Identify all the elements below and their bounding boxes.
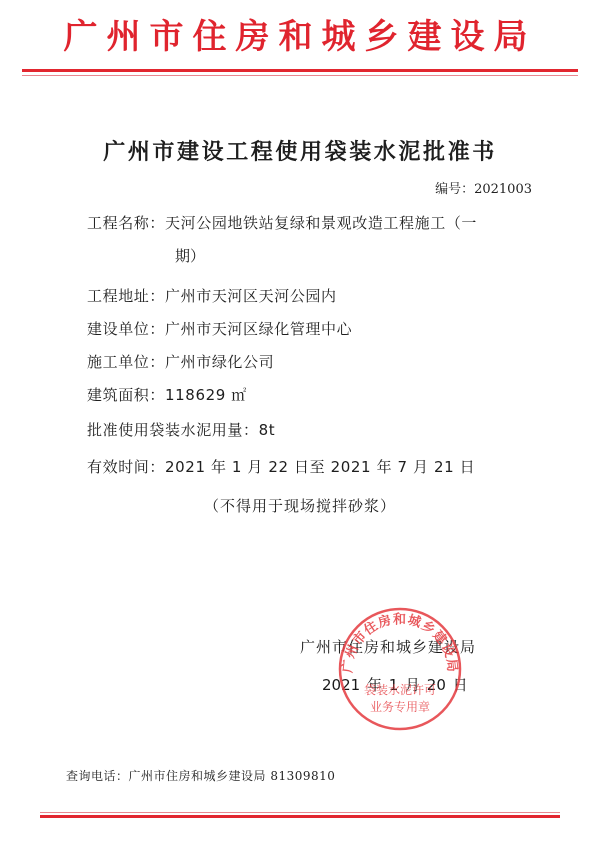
document-number: 编号：2021003: [435, 178, 532, 197]
field-project-name-continuation: 期）: [175, 245, 205, 267]
seal-line-1: 袋装水泥许可: [364, 682, 436, 697]
field-label: 有效时间：: [87, 458, 165, 476]
seal-line-2: 业务专用章: [370, 699, 430, 714]
field-value: 广州市绿化公司: [165, 353, 274, 371]
field-value: 2021 年 1 月 22 日至 2021 年 7 月 21 日: [165, 458, 475, 476]
official-seal-stamp: 广州市住房和城乡建设局 袋装水泥许可 业务专用章: [337, 606, 463, 732]
agency-letterhead: 广州市住房和城乡建设局: [0, 12, 600, 62]
header-rule-thin: [22, 75, 578, 76]
field-label: 工程名称：: [87, 214, 165, 232]
field-construction-unit: 建设单位：广州市天河区绿化管理中心: [87, 318, 352, 340]
field-approved-cement-amount: 批准使用袋装水泥用量：8t: [87, 419, 275, 441]
document-number-value: 2021003: [474, 182, 532, 197]
field-label: 工程地址：: [87, 287, 165, 305]
field-value: 天河公园地铁站复绿和景观改造工程施工（一: [165, 214, 477, 232]
footer-rule-thin: [40, 812, 560, 813]
header-rule-thick: [22, 69, 578, 72]
usage-note: （不得用于现场搅拌砂浆）: [0, 495, 600, 516]
document-number-label: 编号：: [435, 182, 474, 197]
field-building-area: 建筑面积：118629 ㎡: [87, 384, 247, 406]
field-value: 8t: [259, 421, 276, 439]
field-label: 批准使用袋装水泥用量：: [87, 421, 259, 439]
field-value: 广州市天河区天河公园内: [165, 287, 337, 305]
seal-ring-text: 广州市住房和城乡建设局: [340, 611, 460, 673]
field-builder-unit: 施工单位：广州市绿化公司: [87, 351, 274, 373]
field-label: 施工单位：: [87, 353, 165, 371]
field-value: 广州市天河区绿化管理中心: [165, 320, 352, 338]
field-label: 建设单位：: [87, 320, 165, 338]
svg-text:广州市住房和城乡建设局: 广州市住房和城乡建设局: [340, 611, 460, 673]
inquiry-phone: 查询电话：广州市住房和城乡建设局 81309810: [66, 767, 335, 784]
document-title: 广州市建设工程使用袋装水泥批准书: [0, 135, 600, 169]
footer-rule-thick: [40, 815, 560, 818]
field-project-name: 工程名称：天河公园地铁站复绿和景观改造工程施工（一: [87, 212, 477, 234]
field-value: 118629 ㎡: [165, 386, 247, 404]
field-label: 建筑面积：: [87, 386, 165, 404]
field-project-address: 工程地址：广州市天河区天河公园内: [87, 285, 337, 307]
field-validity-period: 有效时间：2021 年 1 月 22 日至 2021 年 7 月 21 日: [87, 456, 475, 478]
